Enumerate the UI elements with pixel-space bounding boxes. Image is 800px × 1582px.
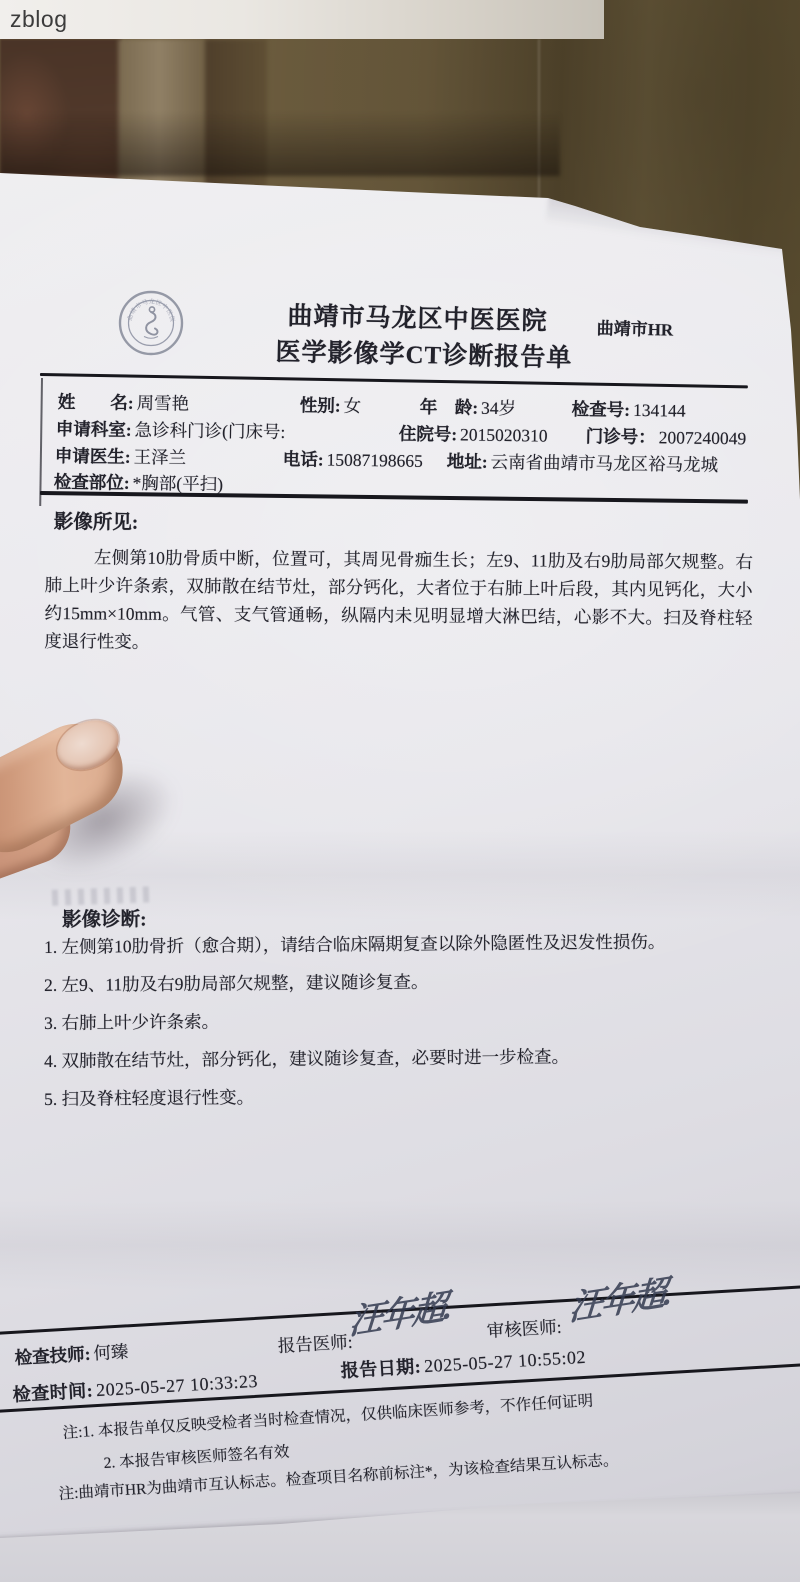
report-doctor-label: 报告医师:	[277, 1329, 353, 1358]
request-dept-field: 申请科室:急诊科门诊(门床号:	[56, 416, 286, 444]
info-bottom-rule	[40, 491, 748, 503]
patient-age-field: 年 龄:34岁	[420, 394, 517, 420]
site-header: zblog	[0, 0, 604, 39]
patient-row-1: 姓 名:周雪艳 性别:女 年 龄:34岁 检查号:134144	[0, 388, 800, 399]
findings-heading: 影像所见:	[54, 506, 139, 535]
diagnosis-heading: 影像诊断:	[62, 903, 147, 932]
paper-edge-shadow	[0, 112, 560, 176]
report-photo[interactable]: 曲靖市马龙区中医医院 曲靖市马龙区中医医院 曲靖市HR 医学影像学CT诊断报告单…	[0, 0, 800, 1582]
request-doctor-field: 申请医生:王泽兰	[55, 443, 187, 470]
diagnosis-item: 3. 右肺上叶少许条索。	[44, 1008, 219, 1035]
hospital-seal-icon: 曲靖市马龙区中医医院	[116, 288, 186, 358]
site-title[interactable]: zblog	[10, 0, 67, 39]
diagnosis-item: 5. 扫及脊柱轻度退行性变。	[44, 1084, 254, 1111]
exam-number-field: 检查号:134144	[572, 396, 686, 423]
patient-name-field: 姓 名:周雪艳	[58, 389, 190, 416]
report-title: 医学影像学CT诊断报告单	[275, 332, 572, 374]
findings-text: 左侧第10肋骨质中断，位置可，其周见骨痂生长；左9、11肋及右9肋局部欠规整。右…	[44, 543, 753, 660]
diagnosis-item: 4. 双肺散在结节灶，部分钙化，建议随诊复查，必要时进一步检查。	[44, 1043, 569, 1073]
diagnosis-item: 1. 左侧第10肋骨折（愈合期），请结合临床隔期复查以除外隐匿性及迟发性损伤。	[44, 929, 665, 959]
patient-sex-field: 性别:女	[300, 392, 362, 418]
phone-field: 电话:15087198665	[283, 446, 423, 473]
technician-field: 检查技师:何臻	[14, 1338, 129, 1370]
screenshot-root: 曲靖市马龙区中医医院 曲靖市马龙区中医医院 曲靖市HR 医学影像学CT诊断报告单…	[0, 0, 800, 1582]
note-line: 2. 本报告审核医师签名有效	[103, 1440, 290, 1473]
info-table-left-border	[39, 378, 43, 506]
address-field: 地址:云南省曲靖市马龙区裕马龙城	[447, 448, 719, 477]
mutual-recognition-mark: 曲靖市HR	[596, 314, 673, 341]
review-doctor-label: 审核医师:	[486, 1314, 562, 1343]
outpatient-number-field: 门诊号：2007240049	[586, 423, 747, 450]
header-rule	[40, 373, 748, 388]
diagnosis-item: 2. 左9、11肋及右9肋局部欠规整，建议随诊复查。	[44, 969, 429, 997]
paper-shade	[0, 1200, 800, 1290]
hospital-name: 曲靖市马龙区中医医院	[287, 296, 548, 337]
inpatient-number-field: 住院号:2015020310	[399, 421, 548, 448]
